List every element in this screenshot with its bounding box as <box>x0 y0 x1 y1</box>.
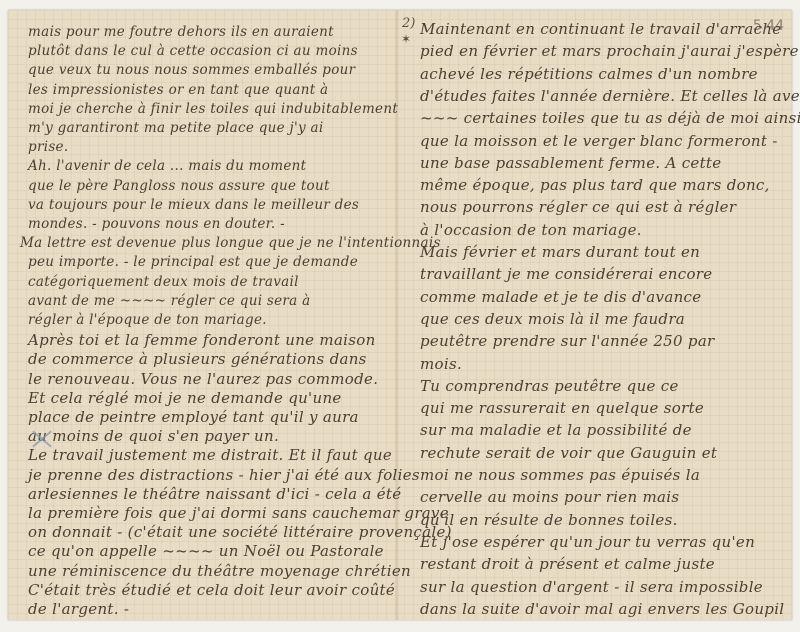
handwritten-line: sur la question d'argent - il sera impos… <box>420 578 763 596</box>
handwritten-line: le renouveau. Vous ne l'aurez pas commod… <box>28 370 378 388</box>
handwritten-line: que veux tu nous nous sommes emballés po… <box>28 62 355 78</box>
handwritten-line: à l'occasion de ton mariage. <box>420 221 642 239</box>
handwritten-line: les impressionistes or en tant que quant… <box>28 82 328 98</box>
handwritten-line: restant droit à présent et calme juste <box>420 555 715 573</box>
handwritten-line: mais pour me foutre dehors ils en auraie… <box>28 24 334 40</box>
blue-cross-mark-icon <box>30 428 52 450</box>
handwritten-line: que la moisson et le verger blanc former… <box>420 132 778 150</box>
handwritten-line: que ces deux mois là il me faudra <box>420 310 685 328</box>
handwritten-line: avant de me ~~~~ régler ce qui sera à <box>28 293 310 309</box>
handwritten-line: m'y garantiront ma petite place que j'y … <box>28 120 324 136</box>
handwritten-line: au moins de quoi s'en payer un. <box>28 427 279 445</box>
handwritten-line: qui me rassurerait en quelque sorte <box>420 399 704 417</box>
handwritten-line: rechute serait de voir que Gauguin et <box>420 444 717 462</box>
letter-sheet: mais pour me foutre dehors ils en auraie… <box>8 10 792 620</box>
handwritten-line: nous pourrons régler ce qui est à régler <box>420 198 736 216</box>
handwritten-line: on donnait - (c'était une société littér… <box>28 523 452 541</box>
handwritten-line: cervelle au moins pour rien mais <box>420 488 679 506</box>
section-marker: 2) <box>402 16 415 31</box>
handwritten-line: achevé les répétitions calmes d'un nombr… <box>420 65 758 83</box>
handwritten-line: ce qu'on appelle ~~~~ un Noël ou Pastora… <box>28 542 384 560</box>
handwritten-line: de l'argent. - <box>28 600 129 618</box>
handwritten-line: même époque, pas plus tard que mars donc… <box>420 176 770 194</box>
handwritten-line: une base passablement ferme. A cette <box>420 154 721 172</box>
handwritten-line: C'était très étudié et cela doit leur av… <box>28 581 395 599</box>
handwritten-line: la première fois que j'ai dormi sans cau… <box>28 504 449 522</box>
handwritten-line: Après toi et la femme fonderont une mais… <box>28 331 376 349</box>
handwritten-line: Ma lettre est devenue plus longue que je… <box>20 235 441 251</box>
handwritten-line: Maintenant en continuant le travail d'ar… <box>420 20 781 38</box>
handwritten-line: que le père Pangloss nous assure que tou… <box>28 178 330 194</box>
handwritten-line: peutêtre prendre sur l'année 250 par <box>420 332 715 350</box>
handwritten-line: mois. <box>420 355 462 373</box>
handwritten-line: Et j'ose espérer qu'un jour tu verras qu… <box>420 533 755 551</box>
handwritten-line: sur ma maladie et la possibilité de <box>420 421 692 439</box>
right-page: 2) ✶ 5 44 Maintenant en continuant le tr… <box>400 10 792 620</box>
star-mark-icon: ✶ <box>401 32 411 46</box>
handwritten-line: arlesiennes le théâtre naissant d'ici - … <box>28 485 401 503</box>
handwritten-line: moi ne nous sommes pas épuisés la <box>420 466 700 484</box>
left-page: mais pour me foutre dehors ils en auraie… <box>8 10 396 620</box>
handwritten-line: qu'il en résulte de bonnes toiles. <box>420 511 678 529</box>
handwritten-line: catégoriquement deux mois de travail <box>28 274 299 290</box>
handwritten-line: Tu comprendras peutêtre que ce <box>420 377 679 395</box>
handwritten-line: Le travail justement me distrait. Et il … <box>28 446 392 464</box>
handwritten-line: dans la suite d'avoir mal agi envers les… <box>420 600 784 618</box>
handwritten-line: travaillant je me considérerai encore <box>420 265 712 283</box>
handwritten-line: je prenne des distractions - hier j'ai é… <box>28 466 420 484</box>
handwritten-line: régler à l'époque de ton mariage. <box>28 312 267 328</box>
handwritten-line: pied en février et mars prochain j'aurai… <box>420 42 799 60</box>
handwritten-line: va toujours pour le mieux dans le meille… <box>28 197 359 213</box>
handwritten-line: Mais février et mars durant tout en <box>420 243 700 261</box>
handwritten-line: de commerce à plusieurs générations dans <box>28 350 367 368</box>
handwritten-line: peu importe. - le principal est que je d… <box>28 254 358 270</box>
handwritten-line: place de peintre employé tant qu'il y au… <box>28 408 359 426</box>
handwritten-line: mondes. - pouvons nous en douter. - <box>28 216 285 232</box>
handwritten-line: comme malade et je te dis d'avance <box>420 288 701 306</box>
handwritten-line: une réminiscence du théâtre moyenage chr… <box>28 562 411 580</box>
handwritten-line: d'études faites l'année dernière. Et cel… <box>420 87 800 105</box>
handwritten-line: Ah. l'avenir de cela ... mais du moment <box>28 158 306 174</box>
handwritten-line: ~~~ certaines toiles que tu as déjà de m… <box>420 109 800 127</box>
handwritten-line: prise. <box>28 139 68 155</box>
handwritten-line: plutôt dans le cul à cette occasion ci a… <box>28 43 358 59</box>
handwritten-line: Et cela réglé moi je ne demande qu'une <box>28 389 342 407</box>
handwritten-line: moi je cherche à finir les toiles qui in… <box>28 101 398 117</box>
